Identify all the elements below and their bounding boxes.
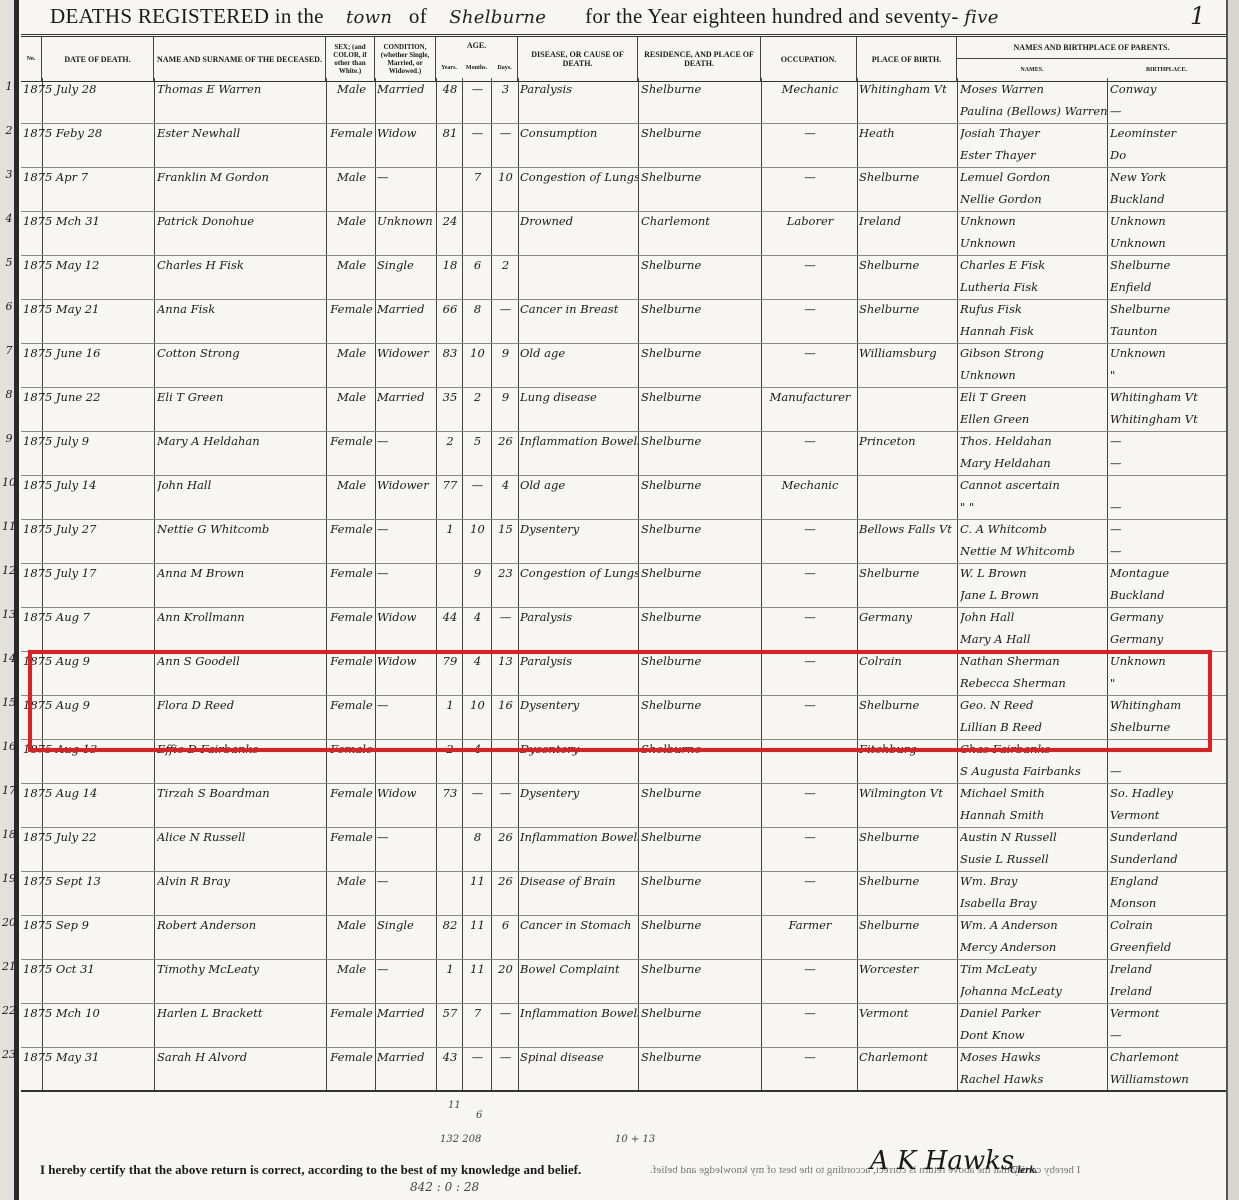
cell-months: 10 [464, 342, 491, 364]
cell-residence: Charlemont [641, 210, 761, 232]
cell-condition: — [377, 826, 436, 848]
cell-condition: — [377, 870, 436, 892]
table-row: 211875 Oct 31Timothy McLeatyMale—11120Bo… [21, 958, 1226, 1004]
cell-mother: Hannah Smith [960, 804, 1108, 826]
cell-disease: Dysentery [520, 694, 638, 716]
cell-mother: Mary A Hall [960, 628, 1108, 650]
cell-father: Eli T Green [960, 386, 1108, 408]
cell-occupation: — [763, 1046, 857, 1068]
cell-occupation: — [763, 826, 857, 848]
row-number: 12 [1, 564, 17, 577]
cell-months: — [464, 122, 491, 144]
cell-mother-bp: Shelburne [1110, 716, 1226, 738]
cell-occupation: Mechanic [763, 474, 857, 496]
table-header: No. DATE OF DEATH. NAME AND SURNAME OF T… [21, 34, 1226, 82]
col-age-days: Days. [491, 65, 518, 71]
cell-sex: Female [328, 430, 375, 452]
cell-mother: Lutheria Fisk [960, 276, 1108, 298]
cell-months: 9 [464, 562, 491, 584]
cell-father: Austin N Russell [960, 826, 1108, 848]
cell-condition: — [377, 694, 436, 716]
cell-date: 1875 Aug 9 [23, 650, 133, 672]
cell-occupation: — [763, 254, 857, 276]
year-word: five [964, 7, 998, 28]
cell-condition: — [377, 430, 436, 452]
cell-years: 79 [438, 650, 462, 672]
cell-occupation: Laborer [763, 210, 857, 232]
cell-father-bp: — [1110, 738, 1226, 760]
cell-birthplace: Shelburne [859, 562, 957, 584]
page-edge [1226, 0, 1239, 1200]
table-row: 221875 Mch 10Harlen L BrackettFemaleMarr… [21, 1002, 1226, 1048]
cell-sex: Female [328, 738, 375, 760]
cell-date: 1875 Aug 13 [23, 738, 133, 760]
cell-father-bp [1110, 474, 1226, 496]
cell-months: 8 [464, 826, 491, 848]
row-number: 2 [1, 124, 17, 137]
cell-months: — [464, 1046, 491, 1068]
cell-months: — [464, 474, 491, 496]
cell-disease: Paralysis [520, 650, 638, 672]
cell-mother: Jane L Brown [960, 584, 1108, 606]
cell-sex: Female [328, 518, 375, 540]
tally-note: 132 208 [440, 1134, 481, 1145]
table-row: 61875 May 21Anna FiskFemaleMarried668—Ca… [21, 298, 1226, 344]
cell-birthplace: Williamsburg [859, 342, 957, 364]
cell-date: 1875 June 16 [23, 342, 133, 364]
row-number: 10 [1, 476, 17, 489]
cell-sex: Male [328, 166, 375, 188]
cell-birthplace: Shelburne [859, 826, 957, 848]
col-condition: CONDITION, (whether Single, Married, or … [375, 37, 436, 81]
cell-sex: Male [328, 210, 375, 232]
cell-date: 1875 Aug 9 [23, 694, 133, 716]
cell-father: Unknown [960, 210, 1108, 232]
page-title: DEATHS REGISTERED in the town of Shelbur… [50, 4, 1230, 30]
cell-residence: Shelburne [641, 694, 761, 716]
title-suffix: for the Year eighteen hundred and sevent… [585, 4, 959, 28]
cell-mother: Mercy Anderson [960, 936, 1108, 958]
cell-birthplace: Princeton [859, 430, 957, 452]
table-row: 121875 July 17Anna M BrownFemale—923Cong… [21, 562, 1226, 608]
cell-years [438, 870, 462, 892]
cell-years [438, 166, 462, 188]
cell-birthplace: Shelburne [859, 694, 957, 716]
cell-mother: Unknown [960, 364, 1108, 386]
cell-residence: Shelburne [641, 958, 761, 980]
col-parents: NAMES AND BIRTHPLACE OF PARENTS. [957, 37, 1226, 59]
cell-father: Cannot ascertain [960, 474, 1108, 496]
clerk-signature: A K Hawks [870, 1146, 1014, 1176]
cell-occupation: — [763, 342, 857, 364]
cell-birthplace: Shelburne [859, 298, 957, 320]
row-number: 1 [1, 80, 17, 93]
cell-disease: Disease of Brain [520, 870, 638, 892]
cell-residence: Shelburne [641, 430, 761, 452]
cell-mother: S Augusta Fairbanks [960, 760, 1108, 782]
cell-disease: Consumption [520, 122, 638, 144]
cell-name: Alice N Russell [157, 826, 325, 848]
cell-days: — [493, 298, 518, 320]
cell-residence: Shelburne [641, 474, 761, 496]
locality-type: town [346, 7, 392, 28]
cell-condition: — [377, 518, 436, 540]
cell-sex: Male [328, 474, 375, 496]
cell-date: 1875 May 31 [23, 1046, 133, 1068]
cell-mother: " " [960, 496, 1108, 518]
cell-disease: Inflammation Bowels [520, 826, 638, 848]
cell-mother-bp: Buckland [1110, 584, 1226, 606]
cell-days: 2 [493, 254, 518, 276]
cell-disease: Inflammation Bowels [520, 1002, 638, 1024]
cell-years: 83 [438, 342, 462, 364]
cell-birthplace: Wilmington Vt [859, 782, 957, 804]
cell-disease: Dysentery [520, 518, 638, 540]
cell-occupation: — [763, 166, 857, 188]
row-number: 13 [1, 608, 17, 621]
row-number: 21 [1, 960, 17, 973]
total-months: 6 [476, 1110, 482, 1121]
row-number: 23 [1, 1048, 17, 1061]
cell-date: 1875 July 17 [23, 562, 133, 584]
clerk-label: Clerk. [1010, 1164, 1038, 1176]
cell-name: Harlen L Brackett [157, 1002, 325, 1024]
cell-disease: Congestion of Lungs [520, 166, 638, 188]
col-occupation: OCCUPATION. [761, 37, 857, 81]
cell-days: 6 [493, 914, 518, 936]
cell-months: — [464, 782, 491, 804]
cell-condition: Married [377, 1046, 436, 1068]
locality-name: Shelburne [449, 7, 546, 28]
cell-name: Sarah H Alvord [157, 1046, 325, 1068]
cell-days: 9 [493, 342, 518, 364]
table-row: 181875 July 22Alice N RussellFemale—826I… [21, 826, 1226, 872]
cell-residence: Shelburne [641, 826, 761, 848]
cell-disease: Old age [520, 342, 638, 364]
cell-date: 1875 Mch 10 [23, 1002, 133, 1024]
cell-occupation: Manufacturer [763, 386, 857, 408]
cell-occupation: — [763, 958, 857, 980]
cell-mother-bp: " [1110, 364, 1226, 386]
cell-father-bp: Unknown [1110, 210, 1226, 232]
cell-months: 11 [464, 870, 491, 892]
tally-note-2: 10 + 13 [615, 1134, 655, 1145]
cell-date: 1875 July 28 [23, 78, 133, 100]
cell-days: — [493, 738, 518, 760]
cell-occupation: — [763, 122, 857, 144]
cell-date: 1875 Sept 13 [23, 870, 133, 892]
cell-sex: Female [328, 606, 375, 628]
table-row: 191875 Sept 13Alvin R BrayMale—1126Disea… [21, 870, 1226, 916]
cell-residence: Shelburne [641, 166, 761, 188]
cell-days: 10 [493, 166, 518, 188]
cell-mother-bp: Vermont [1110, 804, 1226, 826]
cell-name: Ann Krollmann [157, 606, 325, 628]
cell-mother: Ester Thayer [960, 144, 1108, 166]
cell-months: 8 [464, 298, 491, 320]
cell-occupation: — [763, 606, 857, 628]
cell-name: Anna Fisk [157, 298, 325, 320]
table-row: 71875 June 16Cotton StrongMaleWidower831… [21, 342, 1226, 388]
cell-months: 7 [464, 166, 491, 188]
cell-condition: Married [377, 78, 436, 100]
col-age-years: Years. [436, 65, 462, 71]
cell-father-bp: Whitingham [1110, 694, 1226, 716]
cell-father-bp: Whitingham Vt [1110, 386, 1226, 408]
cell-condition: Married [377, 386, 436, 408]
cell-residence: Shelburne [641, 1046, 761, 1068]
cell-name: Ann S Goodell [157, 650, 325, 672]
cell-name: Timothy McLeaty [157, 958, 325, 980]
col-disease: DISEASE, OR CAUSE OF DEATH. [518, 37, 638, 81]
cell-months: 4 [464, 606, 491, 628]
cell-years: 44 [438, 606, 462, 628]
cell-residence: Shelburne [641, 738, 761, 760]
cell-years: 77 [438, 474, 462, 496]
cell-mother-bp: Germany [1110, 628, 1226, 650]
col-parent-names: NAMES. [957, 67, 1107, 73]
cell-name: Flora D Reed [157, 694, 325, 716]
cell-condition: Unknown [377, 210, 436, 232]
cell-months: 7 [464, 1002, 491, 1024]
col-no: No. [21, 37, 42, 81]
cell-disease: Cancer in Breast [520, 298, 638, 320]
cell-months: 11 [464, 958, 491, 980]
cell-name: Effie D Fairbanks [157, 738, 325, 760]
cell-mother-bp: Taunton [1110, 320, 1226, 342]
row-number: 17 [1, 784, 17, 797]
cell-name: Thomas E Warren [157, 78, 325, 100]
cell-date: 1875 Mch 31 [23, 210, 133, 232]
col-name: NAME AND SURNAME OF THE DECEASED. [154, 37, 326, 81]
cell-birthplace: Bellows Falls Vt [859, 518, 957, 540]
cell-birthplace: Whitingham Vt [859, 78, 957, 100]
cell-residence: Shelburne [641, 914, 761, 936]
cell-birthplace [859, 474, 957, 496]
page-number: 1 [1190, 2, 1206, 30]
cell-years: 48 [438, 78, 462, 100]
cell-residence: Shelburne [641, 562, 761, 584]
col-age: AGE. [436, 37, 518, 81]
cell-father: Moses Hawks [960, 1046, 1108, 1068]
cell-mother: Mary Heldahan [960, 452, 1108, 474]
cell-mother-bp: — [1110, 100, 1226, 122]
cell-disease: Drowned [520, 210, 638, 232]
total-years: 11 [448, 1100, 461, 1111]
row-number: 6 [1, 300, 17, 313]
register-page: DEATHS REGISTERED in the town of Shelbur… [0, 0, 1239, 1200]
cell-months: 4 [464, 738, 491, 760]
table-row: 91875 July 9Mary A HeldahanFemale—2526In… [21, 430, 1226, 476]
table-row: 201875 Sep 9Robert AndersonMaleSingle821… [21, 914, 1226, 960]
cell-father-bp: Shelburne [1110, 254, 1226, 276]
cell-father: Gibson Strong [960, 342, 1108, 364]
cell-mother: Hannah Fisk [960, 320, 1108, 342]
cell-birthplace: Ireland [859, 210, 957, 232]
cell-months: 2 [464, 386, 491, 408]
cell-father: Michael Smith [960, 782, 1108, 804]
cell-birthplace: Shelburne [859, 870, 957, 892]
table-row: 171875 Aug 14Tirzah S BoardmanFemaleWido… [21, 782, 1226, 828]
cell-sex: Female [328, 826, 375, 848]
cell-mother-bp: Do [1110, 144, 1226, 166]
cell-years [438, 562, 462, 584]
cell-months [464, 210, 491, 232]
cell-name: John Hall [157, 474, 325, 496]
table-row: 151875 Aug 9Flora D ReedFemale—11016Dyse… [21, 694, 1226, 740]
cell-date: 1875 Oct 31 [23, 958, 133, 980]
table-row: 21875 Feby 28Ester NewhallFemaleWidow81—… [21, 122, 1226, 168]
cell-date: 1875 Sep 9 [23, 914, 133, 936]
cell-name: Cotton Strong [157, 342, 325, 364]
cell-sex: Male [328, 342, 375, 364]
table-row: 161875 Aug 13Effie D FairbanksFemale—24—… [21, 738, 1226, 784]
cell-disease: Paralysis [520, 78, 638, 100]
cell-occupation: Mechanic [763, 78, 857, 100]
cell-days: 26 [493, 826, 518, 848]
cell-months: 10 [464, 694, 491, 716]
cell-sex: Female [328, 1046, 375, 1068]
cell-date: 1875 July 9 [23, 430, 133, 452]
cell-father: Wm. A Anderson [960, 914, 1108, 936]
cell-occupation: — [763, 870, 857, 892]
cell-days: 26 [493, 870, 518, 892]
cell-date: 1875 May 12 [23, 254, 133, 276]
cell-father-bp: Vermont [1110, 1002, 1226, 1024]
cell-disease: Lung disease [520, 386, 638, 408]
cell-birthplace: Shelburne [859, 914, 957, 936]
col-date: DATE OF DEATH. [42, 37, 154, 81]
table-row: 41875 Mch 31Patrick DonohueMaleUnknown24… [21, 210, 1226, 256]
cell-years: 1 [438, 518, 462, 540]
col-sex: SEX; (and COLOR, if other than White.) [326, 37, 375, 81]
row-number: 14 [1, 652, 17, 665]
cell-mother-bp: Whitingham Vt [1110, 408, 1226, 430]
cell-father-bp: New York [1110, 166, 1226, 188]
cell-sex: Female [328, 298, 375, 320]
cell-sex: Female [328, 562, 375, 584]
cell-disease: Paralysis [520, 606, 638, 628]
cell-years: 1 [438, 694, 462, 716]
cell-mother: Rachel Hawks [960, 1068, 1108, 1090]
cell-mother-bp: Buckland [1110, 188, 1226, 210]
cell-sex: Male [328, 254, 375, 276]
cell-years [438, 826, 462, 848]
cell-days: — [493, 1002, 518, 1024]
cell-condition: — [377, 958, 436, 980]
cell-father: John Hall [960, 606, 1108, 628]
cell-years: 57 [438, 1002, 462, 1024]
cell-disease: Congestion of Lungs [520, 562, 638, 584]
cell-name: Patrick Donohue [157, 210, 325, 232]
cell-mother: Nellie Gordon [960, 188, 1108, 210]
cell-condition: Widow [377, 650, 436, 672]
cell-father-bp: So. Hadley [1110, 782, 1226, 804]
cell-mother: Rebecca Sherman [960, 672, 1108, 694]
cell-mother: Nettie M Whitcomb [960, 540, 1108, 562]
cell-disease: Dysentery [520, 782, 638, 804]
cell-residence: Shelburne [641, 518, 761, 540]
cell-residence: Shelburne [641, 1002, 761, 1024]
table-row: 111875 July 27Nettie G WhitcombFemale—11… [21, 518, 1226, 564]
table-row: 141875 Aug 9Ann S GoodellFemaleWidow7941… [21, 650, 1226, 696]
cell-occupation: — [763, 1002, 857, 1024]
cell-date: 1875 July 22 [23, 826, 133, 848]
cell-father-bp: Conway [1110, 78, 1226, 100]
cell-father: Moses Warren [960, 78, 1108, 100]
cell-father: Geo. N Reed [960, 694, 1108, 716]
cell-name: Eli T Green [157, 386, 325, 408]
table-row: 101875 July 14John HallMaleWidower77—4Ol… [21, 474, 1226, 520]
cell-occupation: — [763, 694, 857, 716]
cell-condition: Single [377, 914, 436, 936]
row-number: 8 [1, 388, 17, 401]
cell-mother-bp: — [1110, 540, 1226, 562]
cell-mother: Unknown [960, 232, 1108, 254]
cell-months: 11 [464, 914, 491, 936]
cell-mother-bp: " [1110, 672, 1226, 694]
cell-father: Chas Fairbanks [960, 738, 1108, 760]
cell-residence: Shelburne [641, 870, 761, 892]
cell-years: 2 [438, 738, 462, 760]
cell-name: Alvin R Bray [157, 870, 325, 892]
cell-years: 1 [438, 958, 462, 980]
cell-occupation: — [763, 562, 857, 584]
cell-sex: Female [328, 782, 375, 804]
cell-sex: Male [328, 78, 375, 100]
cell-years: 81 [438, 122, 462, 144]
cell-disease: Inflammation Bowels [520, 430, 638, 452]
cell-name: Franklin M Gordon [157, 166, 325, 188]
cell-occupation: Farmer [763, 914, 857, 936]
cell-date: 1875 June 22 [23, 386, 133, 408]
cell-occupation: — [763, 430, 857, 452]
cell-months: — [464, 78, 491, 100]
col-parent-birthplace: BIRTHPLACE. [1107, 67, 1226, 73]
cell-mother-bp: — [1110, 760, 1226, 782]
cell-years: 82 [438, 914, 462, 936]
table-row: 51875 May 12Charles H FiskMaleSingle1862… [21, 254, 1226, 300]
cell-mother: Dont Know [960, 1024, 1108, 1046]
cell-date: 1875 Apr 7 [23, 166, 133, 188]
title-of: of [409, 4, 427, 28]
row-number: 9 [1, 432, 17, 445]
cell-months: 6 [464, 254, 491, 276]
cell-months: 5 [464, 430, 491, 452]
cell-sex: Male [328, 914, 375, 936]
cell-residence: Shelburne [641, 386, 761, 408]
cell-father-bp: Charlemont [1110, 1046, 1226, 1068]
cell-residence: Shelburne [641, 78, 761, 100]
age-label: AGE. [467, 41, 486, 50]
cell-years: 43 [438, 1046, 462, 1068]
cell-father: W. L Brown [960, 562, 1108, 584]
cell-date: 1875 Aug 7 [23, 606, 133, 628]
cell-father: Thos. Heldahan [960, 430, 1108, 452]
title-prefix: DEATHS REGISTERED in the [50, 4, 324, 28]
cell-condition: Widower [377, 474, 436, 496]
cell-mother-bp: — [1110, 452, 1226, 474]
certification-text: I hereby certify that the above return i… [40, 1162, 581, 1178]
cell-mother: Susie L Russell [960, 848, 1108, 870]
cell-name: Mary A Heldahan [157, 430, 325, 452]
table-row: 131875 Aug 7Ann KrollmannFemaleWidow444—… [21, 606, 1226, 652]
cell-name: Tirzah S Boardman [157, 782, 325, 804]
cell-date: 1875 Feby 28 [23, 122, 133, 144]
cell-father-bp: Leominster [1110, 122, 1226, 144]
cell-mother-bp: Monson [1110, 892, 1226, 914]
cell-disease: Spinal disease [520, 1046, 638, 1068]
